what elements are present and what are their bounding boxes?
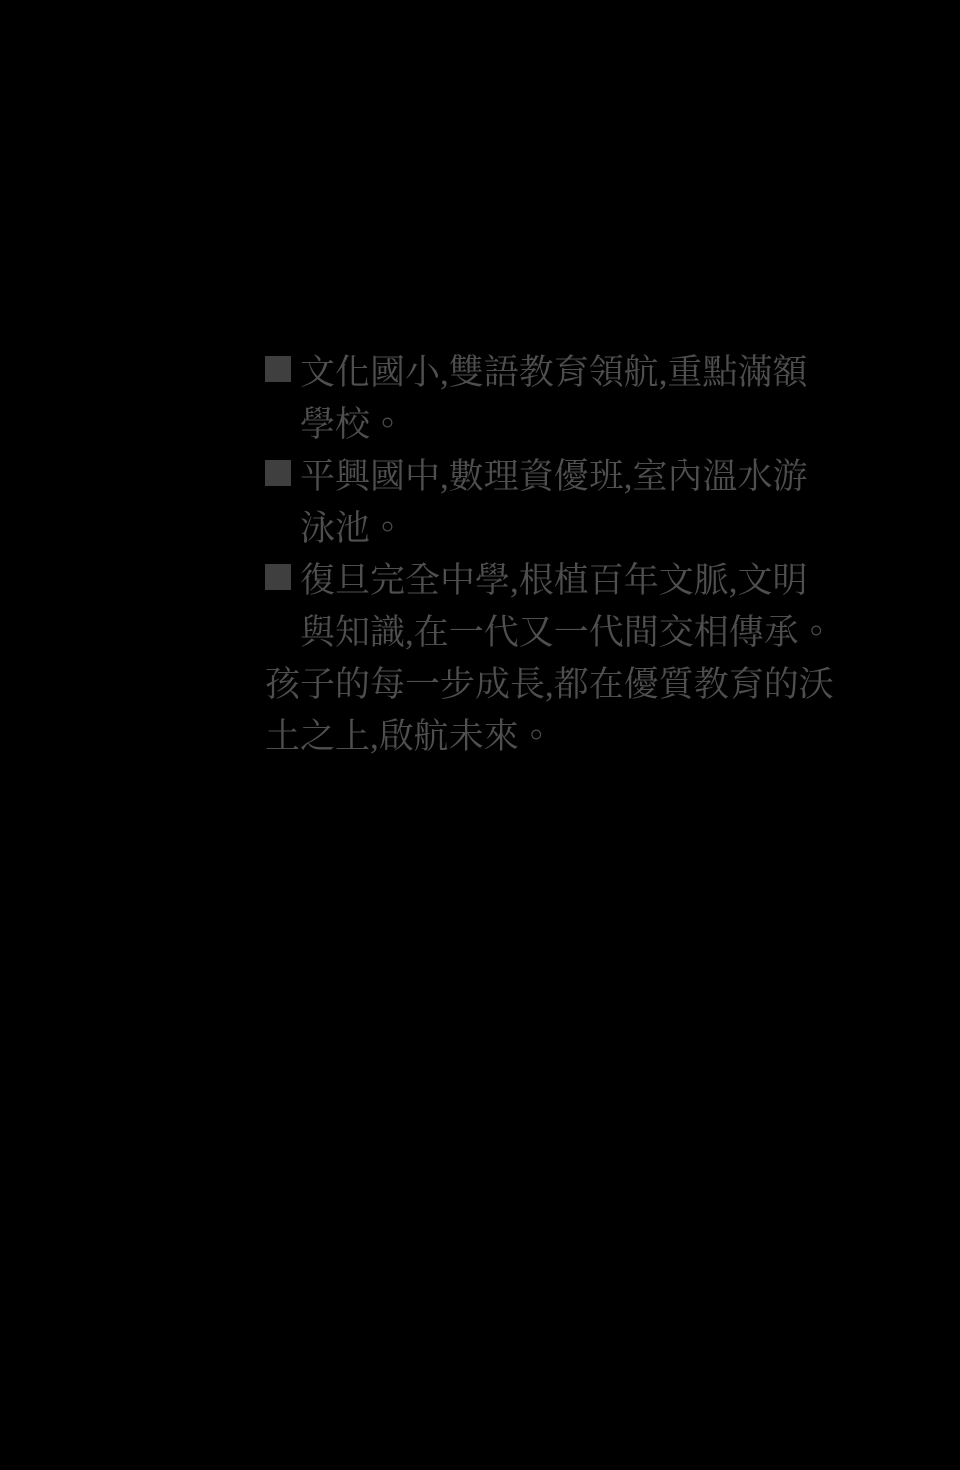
- closing-line: 土之上,啟航未來。: [265, 711, 880, 763]
- closing-line: 孩子的每一步成長,都在優質教育的沃: [265, 659, 880, 711]
- square-bullet-icon: [265, 564, 291, 590]
- bullet-item-complete-school: 復旦完全中學,根植百年文脈,文明 與知識,在一代又一代間交相傳承。: [265, 555, 880, 659]
- bullet-line: 學校。: [300, 399, 880, 451]
- bullet-line: 平興國中,數理資優班,室內溫水游: [300, 451, 880, 503]
- bullet-line: 文化國小,雙語教育領航,重點滿額: [300, 347, 880, 399]
- bullet-item-junior-high: 平興國中,數理資優班,室內溫水游 泳池。: [265, 451, 880, 555]
- bullet-line: 泳池。: [300, 503, 880, 555]
- closing-paragraph: 孩子的每一步成長,都在優質教育的沃 土之上,啟航未來。: [265, 659, 880, 763]
- bullet-line: 復旦完全中學,根植百年文脈,文明: [300, 555, 880, 607]
- bullet-item-elementary-school: 文化國小,雙語教育領航,重點滿額 學校。: [265, 347, 880, 451]
- square-bullet-icon: [265, 460, 291, 486]
- square-bullet-icon: [265, 356, 291, 382]
- bullet-line: 與知識,在一代又一代間交相傳承。: [300, 607, 880, 659]
- education-text-block: 文化國小,雙語教育領航,重點滿額 學校。 平興國中,數理資優班,室內溫水游 泳池…: [265, 347, 880, 763]
- brochure-page: 文化國小,雙語教育領航,重點滿額 學校。 平興國中,數理資優班,室內溫水游 泳池…: [0, 0, 960, 1470]
